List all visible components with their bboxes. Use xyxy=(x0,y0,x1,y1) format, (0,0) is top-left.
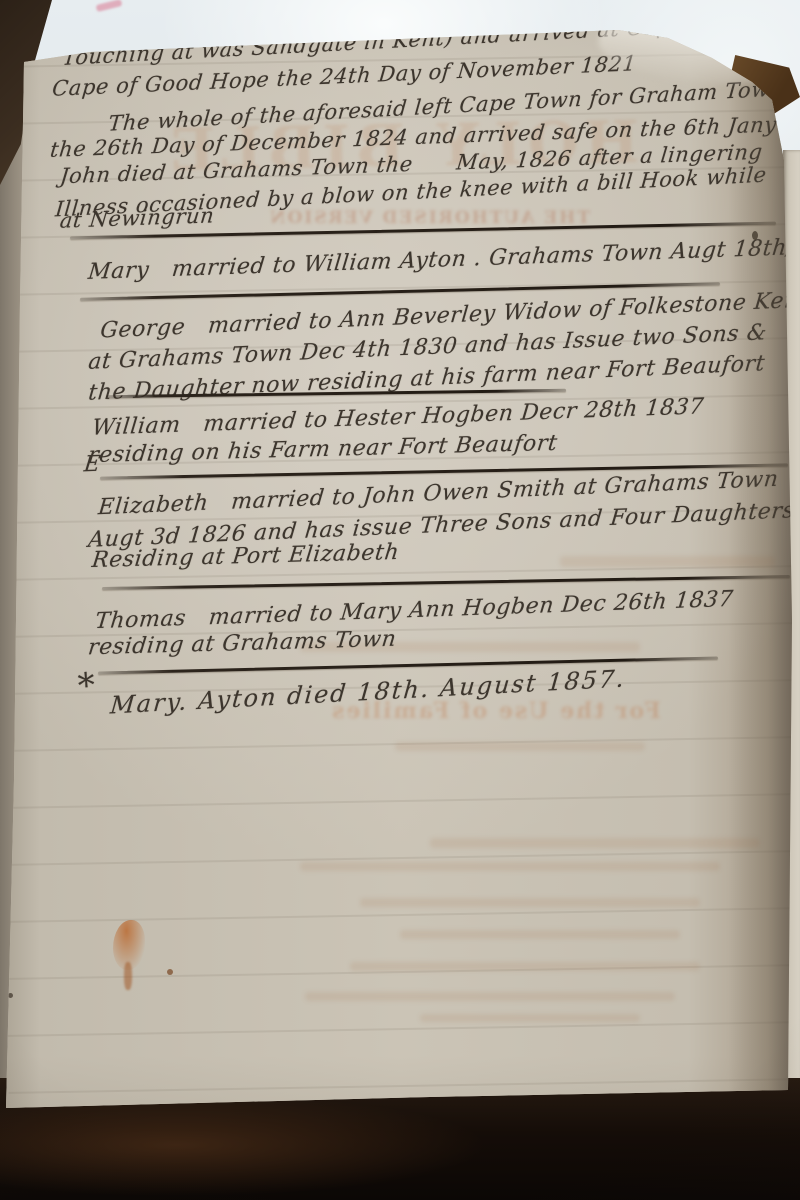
bleedthrough-line xyxy=(395,742,645,751)
bleedthrough-line xyxy=(300,862,720,871)
footnote-asterisk: * xyxy=(77,665,97,706)
bleedthrough-line xyxy=(305,992,675,1001)
bleedthrough-line xyxy=(430,838,760,848)
bleedthrough-line xyxy=(400,930,680,939)
bleedthrough-line xyxy=(360,898,700,907)
bleedthrough-authorised-version: THE AUTHORISED VERSION xyxy=(268,208,590,228)
ink-stain-tail xyxy=(124,962,132,990)
bleedthrough-line xyxy=(350,962,700,971)
ink-speck xyxy=(167,969,173,975)
bleedthrough-line xyxy=(420,1014,640,1022)
stray-letter: E xyxy=(83,452,102,478)
page-curl-shadow xyxy=(728,60,792,1095)
manuscript-page: HOLY BIBLE THE AUTHORISED VERSION For th… xyxy=(0,0,800,1200)
